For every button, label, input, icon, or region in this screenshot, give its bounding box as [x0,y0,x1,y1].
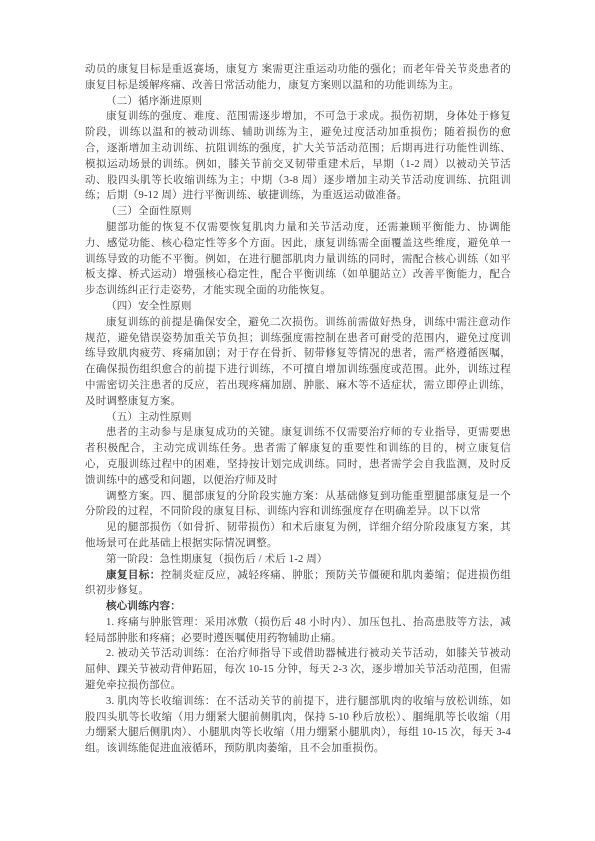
para-goal-continuation: 动员的康复目标是重返赛场，康复方 案需更注重运动功能的强化；而老年骨关节炎患者的… [85,62,511,94]
text-run: 动员的康复目标是重返赛场，康复方 案需更注重运动功能的强化；而老年骨关节炎患者的… [85,64,511,91]
text-run: 2. 被动关节活动训练：在治疗师指导下或借助器械进行被动关节活动，如膝关节被动屈… [85,648,511,691]
para-training-item-2: 2. 被动关节活动训练：在治疗师指导下或借助器械进行被动关节活动，如膝关节被动屈… [85,646,511,693]
para-principle-3: 腿部功能的恢复不仅需要恢复肌肉力量和关节活动度，还需兼顾平衡能力、协调能力、感觉… [85,220,511,299]
text-run: （三）全面性原则 [106,206,192,217]
para-principle-4: 康复训练的前提是确保安全，避免二次损伤。训练前需做好热身，训练中需注意动作规范，… [85,315,511,410]
text-run: （四）安全性原则 [106,301,192,312]
para-training-item-1: 1. 疼痛与肿胀管理：采用冰敷（损伤后 48 小时内）、加压包扎、抬高患肢等方法… [85,615,511,647]
text-run: （二）循序渐进原则 [106,96,202,107]
para-rehab-goal: 康复目标：控制炎症反应，减轻疼痛、肿胀；预防关节僵硬和肌肉萎缩；促进损伤组织初步… [85,568,511,600]
para-section-4-intro: 调整方案。四、腿部康复的分阶段实施方案：从基础修复到功能重塑腿部康复是一个分阶段… [85,489,511,521]
bold-text-run: 康复目标： [106,570,161,581]
heading-principle-4: （四）安全性原则 [85,299,511,315]
document-page: 动员的康复目标是重返赛场，康复方 案需更注重运动功能的强化；而老年骨关节炎患者的… [0,0,595,841]
heading-principle-5: （五）主动性原则 [85,410,511,426]
document-body: 动员的康复目标是重返赛场，康复方 案需更注重运动功能的强化；而老年骨关节炎患者的… [85,62,511,757]
bold-text-run: 核心训练内容： [106,601,181,612]
para-principle-5: 患者的主动参与是康复成功的关键。康复训练不仅需要治疗师的专业指导，更需要患者积极… [85,425,511,488]
heading-principle-2: （二）循序渐进原则 [85,94,511,110]
text-run: 1. 疼痛与肿胀管理：采用冰敷（损伤后 48 小时内）、加压包扎、抬高患肢等方法… [85,617,511,644]
para-section-4-intro-continued: 见的腿部损伤（如骨折、韧带损伤）和术后康复为例，详细介绍分阶段康复方案，其他场景… [85,520,511,552]
text-run: 3. 肌肉等长收缩训练：在不活动关节的前提下，进行腿部肌肉的收缩与放松训练，如股… [85,696,511,754]
text-run: 康复训练的前提是确保安全，避免二次损伤。训练前需做好热身，训练中需注意动作规范，… [85,317,511,407]
heading-principle-3: （三）全面性原则 [85,204,511,220]
heading-core-training: 核心训练内容： [85,599,511,615]
text-run: 腿部功能的恢复不仅需要恢复肌肉力量和关节活动度，还需兼顾平衡能力、协调能力、感觉… [85,222,511,296]
text-run: 第一阶段：急性期康复（损伤后 / 术后 1-2 周） [106,554,328,565]
text-run: 康复训练的强度、难度、范围需逐步增加，不可急于求成。损伤初期，身体处于修复阶段，… [85,111,511,201]
text-run: 见的腿部损伤（如骨折、韧带损伤）和术后康复为例，详细介绍分阶段康复方案，其他场景… [85,522,511,549]
para-training-item-3: 3. 肌肉等长收缩训练：在不活动关节的前提下，进行腿部肌肉的收缩与放松训练，如股… [85,694,511,757]
text-run: 患者的主动参与是康复成功的关键。康复训练不仅需要治疗师的专业指导，更需要患者积极… [85,427,511,485]
para-stage-1-title: 第一阶段：急性期康复（损伤后 / 术后 1-2 周） [85,552,511,568]
text-run: （五）主动性原则 [106,412,192,423]
para-principle-2: 康复训练的强度、难度、范围需逐步增加，不可急于求成。损伤初期，身体处于修复阶段，… [85,109,511,204]
text-run: 调整方案。四、腿部康复的分阶段实施方案：从基础修复到功能重塑腿部康复是一个分阶段… [85,491,511,518]
